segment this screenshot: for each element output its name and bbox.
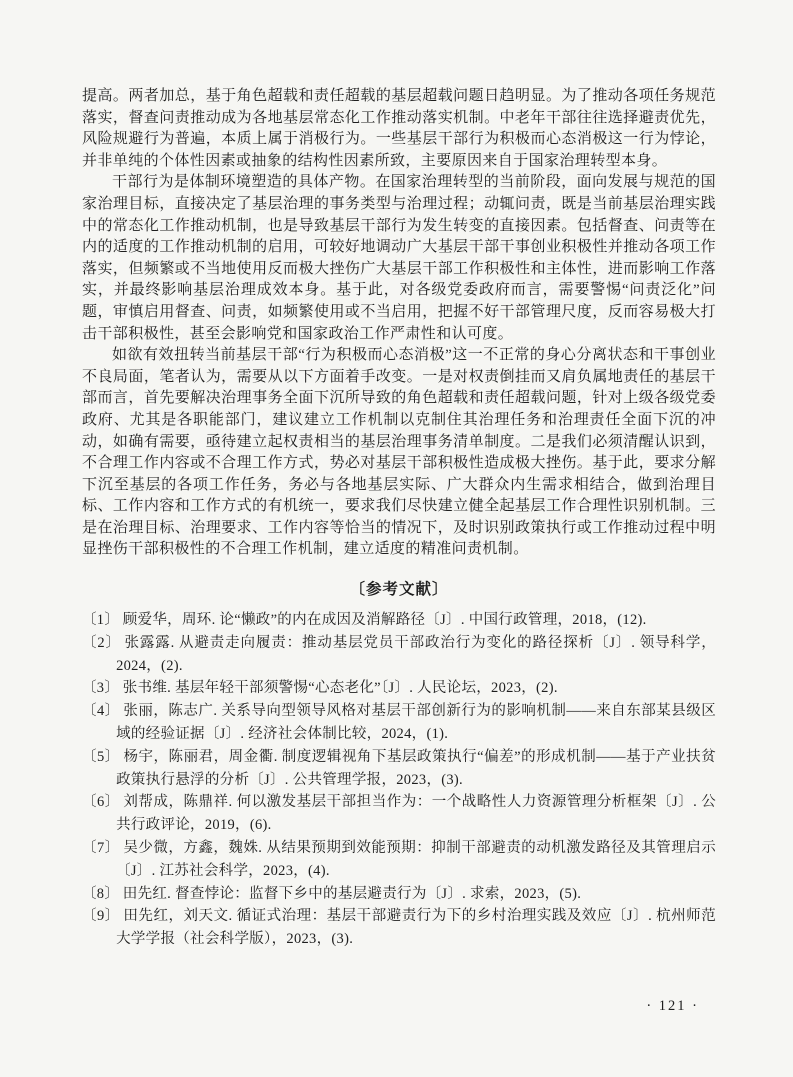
reference-text: 张露露. 从避责走向履责：推动基层党员干部政治行为变化的路径探析〔J〕. 领导科… xyxy=(116,635,716,674)
reference-item: 〔4〕张丽，陈志广. 关系导向型领导风格对基层干部创新行为的影响机制——来自东部… xyxy=(82,700,716,746)
references-header: 〔参考文献〕 xyxy=(82,577,716,599)
body-paragraph-continued: 提高。两者加总，基于角色超载和责任超载的基层超载问题日趋明显。为了推动各项任务规… xyxy=(82,86,716,172)
page-content: 提高。两者加总，基于角色超载和责任超载的基层超载问题日趋明显。为了推动各项任务规… xyxy=(82,86,716,951)
reference-item: 〔9〕田先红，刘天文. 循证式治理：基层干部避责行为下的乡村治理实践及效应〔J〕… xyxy=(82,905,716,951)
reference-label: 〔2〕 xyxy=(82,635,121,651)
reference-text: 顾爱华，周环. 论“懒政”的内在成因及消解路径〔J〕. 中国行政管理，2018，… xyxy=(123,612,647,628)
reference-item: 〔5〕杨宇，陈丽君，周金衢. 制度逻辑视角下基层政策执行“偏差”的形成机制——基… xyxy=(82,746,716,792)
reference-label: 〔4〕 xyxy=(82,703,120,719)
reference-item: 〔1〕顾爱华，周环. 论“懒政”的内在成因及消解路径〔J〕. 中国行政管理，20… xyxy=(82,609,716,632)
reference-item: 〔7〕吴少微，方鑫，魏姝. 从结果预期到效能预期：抑制干部避责的动机激发路径及其… xyxy=(82,837,716,883)
body-paragraph: 如欲有效扭转当前基层干部“行为积极而心态消极”这一不正常的身心分离状态和干事创业… xyxy=(82,345,716,561)
reference-text: 吴少微，方鑫，魏姝. 从结果预期到效能预期：抑制干部避责的动机激发路径及其管理启… xyxy=(116,840,716,879)
reference-label: 〔5〕 xyxy=(82,749,120,765)
reference-text: 刘帮成，陈鼎祥. 何以激发基层干部担当作为：一个战略性人力资源管理分析框架〔J〕… xyxy=(116,794,716,833)
reference-label: 〔8〕 xyxy=(82,886,119,902)
body-paragraph: 干部行为是体制环境塑造的具体产物。在国家治理转型的当前阶段，面向发展与规范的国家… xyxy=(82,172,716,345)
reference-text: 杨宇，陈丽君，周金衢. 制度逻辑视角下基层政策执行“偏差”的形成机制——基于产业… xyxy=(116,749,716,788)
reference-text: 田先红. 督查悖论：监督下乡中的基层避责行为〔J〕. 求索，2023，(5). xyxy=(123,886,581,902)
reference-item: 〔8〕田先红. 督查悖论：监督下乡中的基层避责行为〔J〕. 求索，2023，(5… xyxy=(82,883,716,906)
reference-label: 〔9〕 xyxy=(82,908,120,924)
reference-text: 张丽，陈志广. 关系导向型领导风格对基层干部创新行为的影响机制——来自东部某县级… xyxy=(116,703,716,742)
reference-label: 〔3〕 xyxy=(82,680,119,696)
reference-item: 〔2〕张露露. 从避责走向履责：推动基层党员干部政治行为变化的路径探析〔J〕. … xyxy=(82,632,716,678)
reference-item: 〔6〕刘帮成，陈鼎祥. 何以激发基层干部担当作为：一个战略性人力资源管理分析框架… xyxy=(82,791,716,837)
reference-label: 〔7〕 xyxy=(82,840,120,856)
reference-label: 〔1〕 xyxy=(82,612,119,628)
journal-page: 提高。两者加总，基于角色超载和责任超载的基层超载问题日趋明显。为了推动各项任务规… xyxy=(0,0,793,1077)
reference-label: 〔6〕 xyxy=(82,794,120,810)
reference-text: 田先红，刘天文. 循证式治理：基层干部避责行为下的乡村治理实践及效应〔J〕. 杭… xyxy=(116,908,716,947)
reference-text: 张书维. 基层年轻干部须警惕“心态老化”〔J〕. 人民论坛，2023，(2). xyxy=(123,680,558,696)
references-list: 〔1〕顾爱华，周环. 论“懒政”的内在成因及消解路径〔J〕. 中国行政管理，20… xyxy=(82,609,716,951)
page-number: · 121 · xyxy=(646,998,699,1015)
reference-item: 〔3〕张书维. 基层年轻干部须警惕“心态老化”〔J〕. 人民论坛，2023，(2… xyxy=(82,677,716,700)
